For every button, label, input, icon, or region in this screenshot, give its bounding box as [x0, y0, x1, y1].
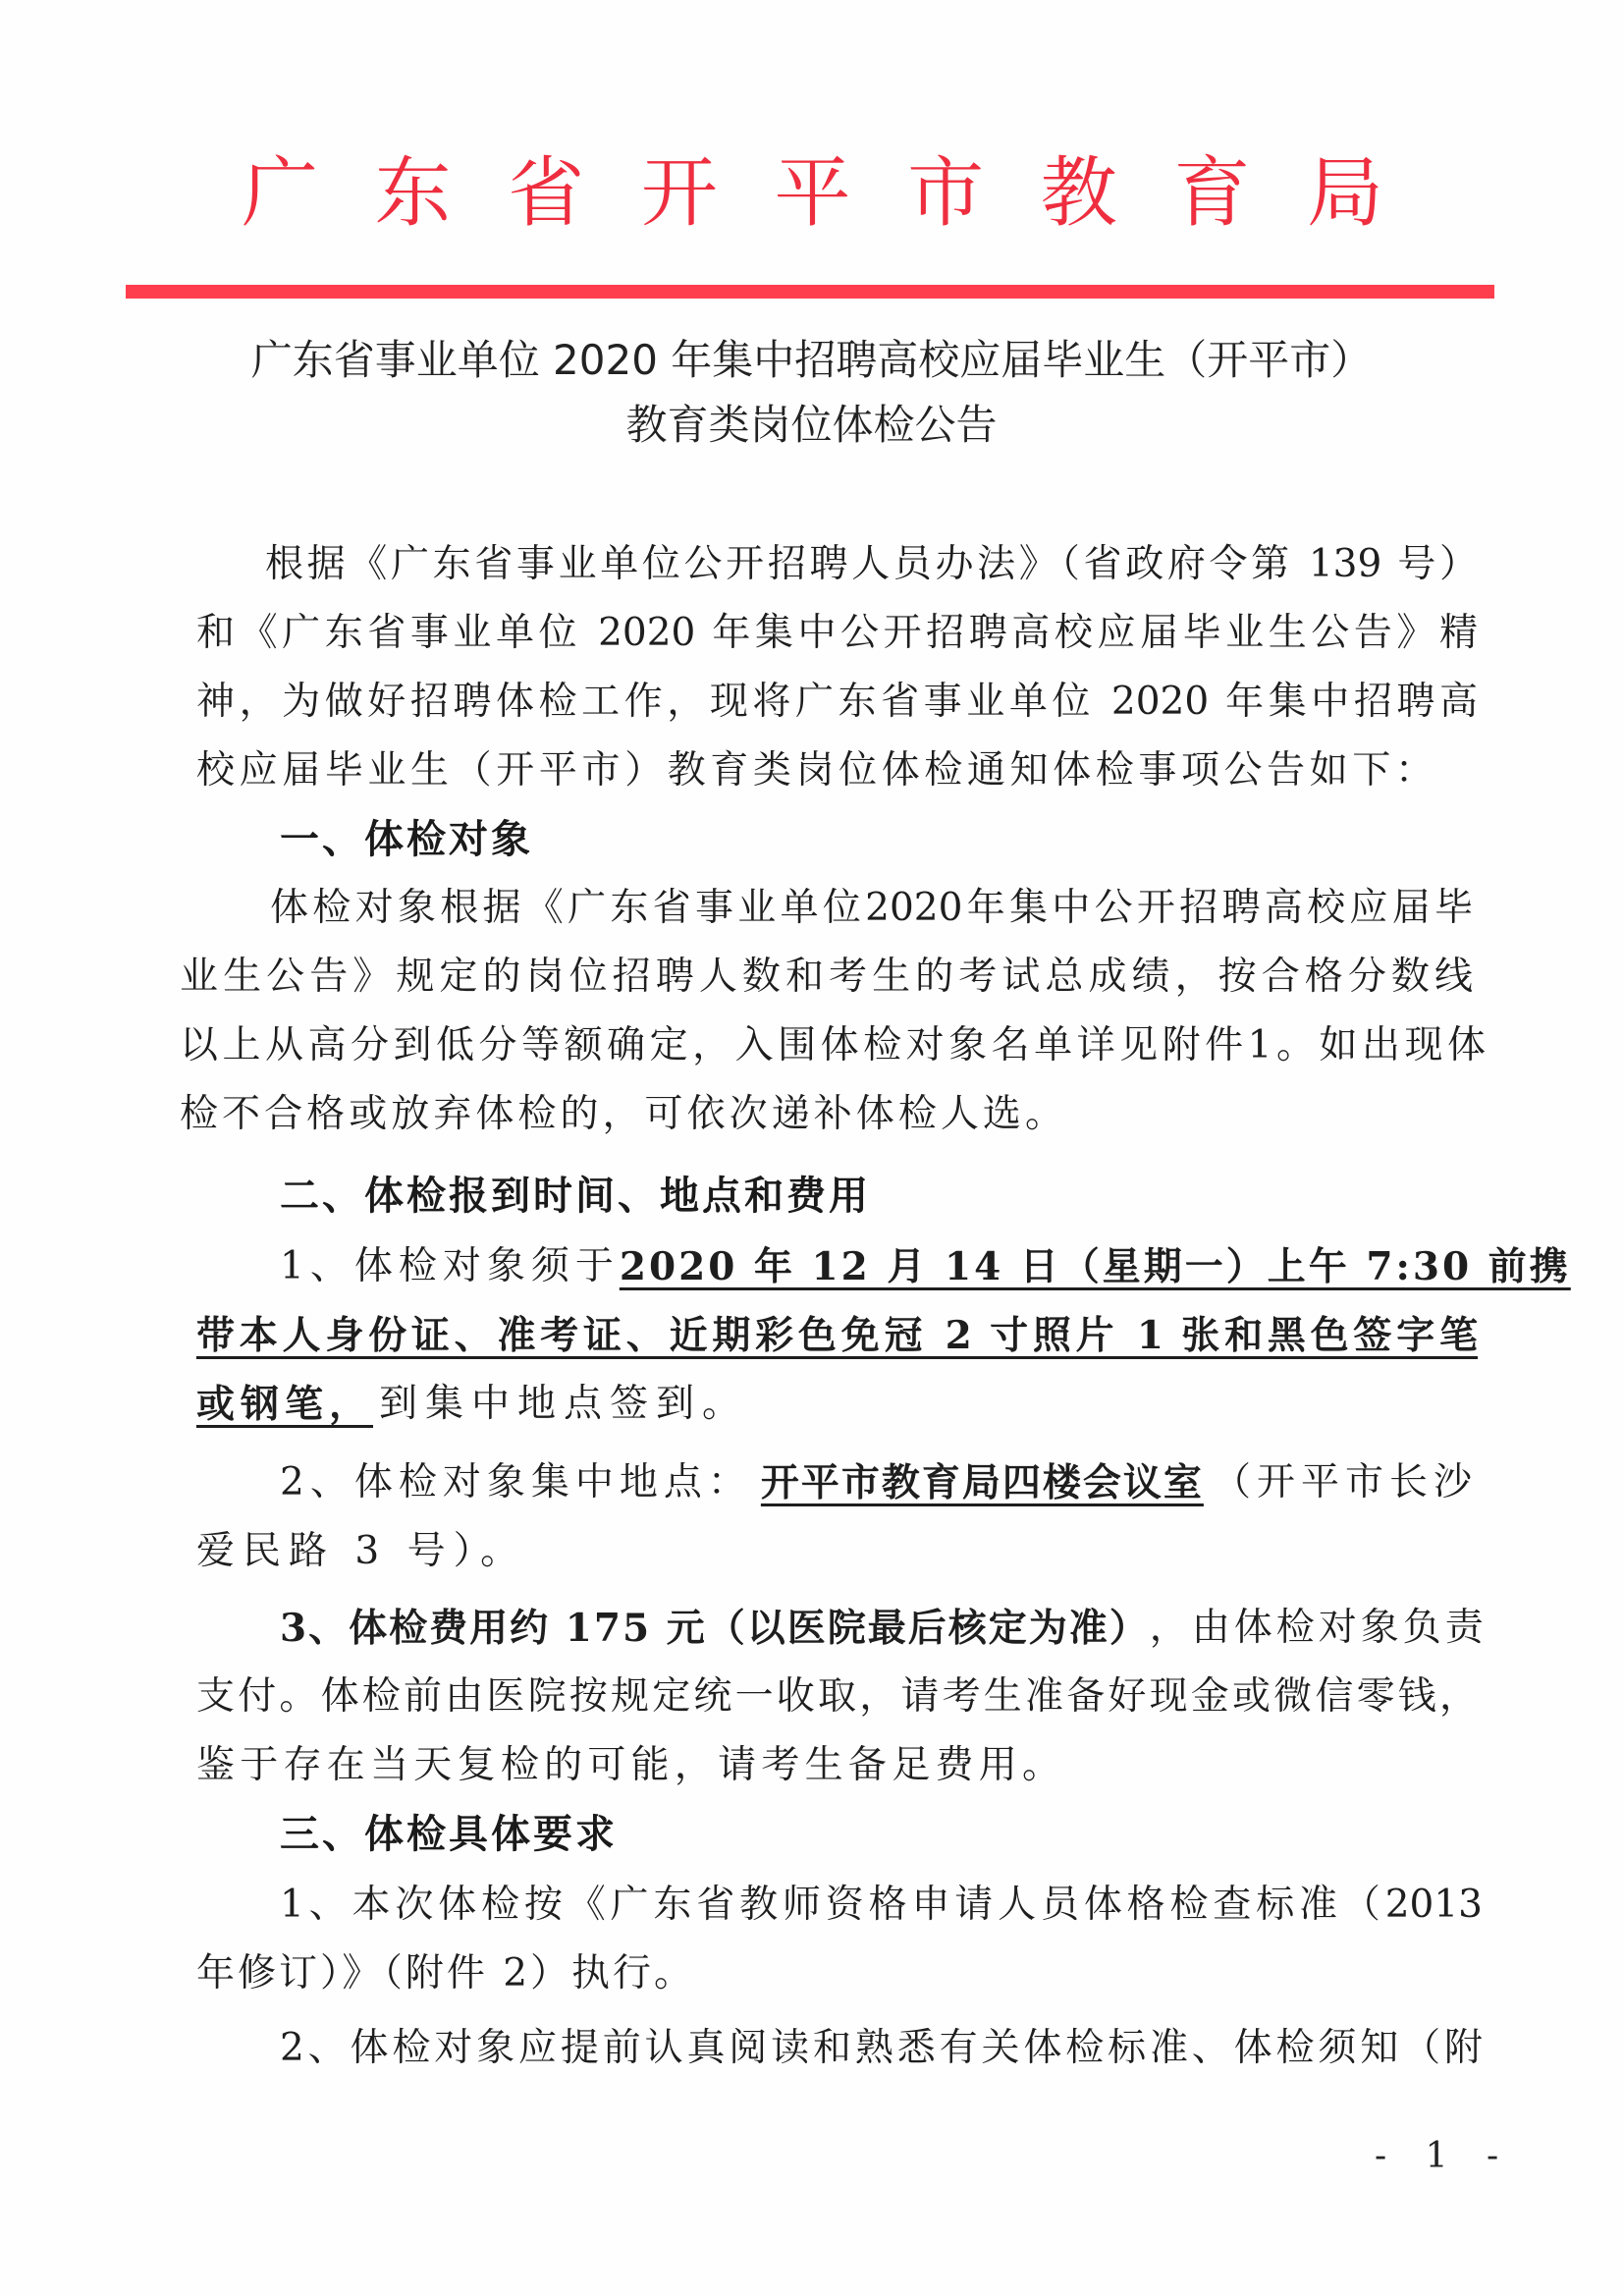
underlined-items-text: 带本人身份证、准考证、近期彩色免冠 2 寸照片 1 张和黑色签字笔: [196, 1308, 1478, 1363]
section-heading-2: 二、体检报到时间、地点和费用: [280, 1169, 871, 1224]
section2-item3-line: 3、体检费用约 175 元（以医院最后核定为准） ，由体检对象负责: [280, 1601, 1478, 1656]
intro-line: 神，为做好招聘体检工作，现将广东省事业单位 2020 年集中招聘高: [196, 675, 1478, 730]
section2-item2-line: 爱民路 3 号）。: [196, 1524, 589, 1579]
document-page: 广 东 省 开 平 市 教 育 局 广东省事业单位 2020 年集中招聘高校应届…: [0, 0, 1623, 2296]
section2-item1-line: 带本人身份证、准考证、近期彩色免冠 2 寸照片 1 张和黑色签字笔: [196, 1308, 1478, 1363]
intro-line: 校应届毕业生（开平市）教育类岗位体检通知体检事项公告如下：: [196, 743, 1434, 798]
section1-line: 检不合格或放弃体检的，可依次递补体检人选。: [180, 1087, 1063, 1142]
section2-item1-line: 或钢笔， 到集中地点签到。: [196, 1377, 982, 1432]
masthead-red-rule: [126, 285, 1494, 299]
section3-line: 2、体检对象应提前认真阅读和熟悉有关体检标准、体检须知（附: [280, 2021, 1483, 2076]
section3-line: 1、本次体检按《广东省教师资格申请人员体格检查标准（2013: [280, 1878, 1483, 1933]
section-heading-1: 一、体检对象: [280, 812, 533, 867]
intro-line: 和《广东省事业单位 2020 年集中公开招聘高校应届毕业生公告》精: [196, 606, 1478, 661]
masthead-char: 教: [1040, 147, 1118, 241]
section2-item3-line: 支付。体检前由医院按规定统一收取，请考生准备好现金或微信零钱，: [196, 1669, 1478, 1724]
masthead-char: 育: [1172, 147, 1251, 241]
page-number: - 1 -: [1375, 2136, 1512, 2176]
masthead-char: 局: [1306, 147, 1384, 241]
section1-line: 以上从高分到低分等额确定，入围体检对象名单详见附件1。如出现体: [180, 1018, 1486, 1073]
section3-line: 年修订）》（附件 2）执行。: [196, 1946, 692, 2001]
document-title-line2: 教育类岗位体检公告: [0, 393, 1623, 452]
masthead-char: 开: [640, 147, 719, 241]
section2-item3-line: 鉴于存在当天复检的可能，请考生备足费用。: [196, 1738, 1060, 1793]
masthead-char: 平: [774, 147, 852, 241]
underlined-pen-text: 或钢笔，: [196, 1377, 373, 1432]
underlined-location-text: 开平市教育局四楼会议室: [761, 1455, 1204, 1510]
section2-item1-line: 1、体检对象须于 2020 年 12 月 14 日（星期一）上午 7:30 前携: [280, 1239, 1478, 1294]
section-heading-3: 三、体检具体要求: [280, 1807, 618, 1862]
masthead-char: 省: [507, 147, 585, 241]
masthead: 广 东 省 开 平 市 教 育 局: [241, 147, 1384, 241]
document-title-line1: 广东省事业单位 2020 年集中招聘高校应届毕业生（开平市）: [0, 328, 1623, 387]
section1-line: 业生公告》规定的岗位招聘人数和考生的考试总成绩，按合格分数线: [180, 950, 1473, 1005]
underlined-date-text: 2020 年 12 月 14 日（星期一）上午 7:30 前携: [620, 1239, 1571, 1294]
section2-item2-line: 2、体检对象集中地点： 开平市教育局四楼会议室 （开平市长沙: [280, 1455, 1478, 1510]
fee-bold-text: 3、体检费用约 175 元（以医院最后核定为准）: [280, 1601, 1150, 1656]
intro-line: 根据《广东省事业单位公开招聘人员办法》（省政府令第 139 号）: [265, 537, 1478, 592]
masthead-char: 东: [374, 147, 453, 241]
section1-line: 体检对象根据《广东省事业单位2020年集中公开招聘高校应届毕: [270, 881, 1473, 936]
masthead-char: 市: [906, 147, 985, 241]
masthead-char: 广: [241, 147, 319, 241]
